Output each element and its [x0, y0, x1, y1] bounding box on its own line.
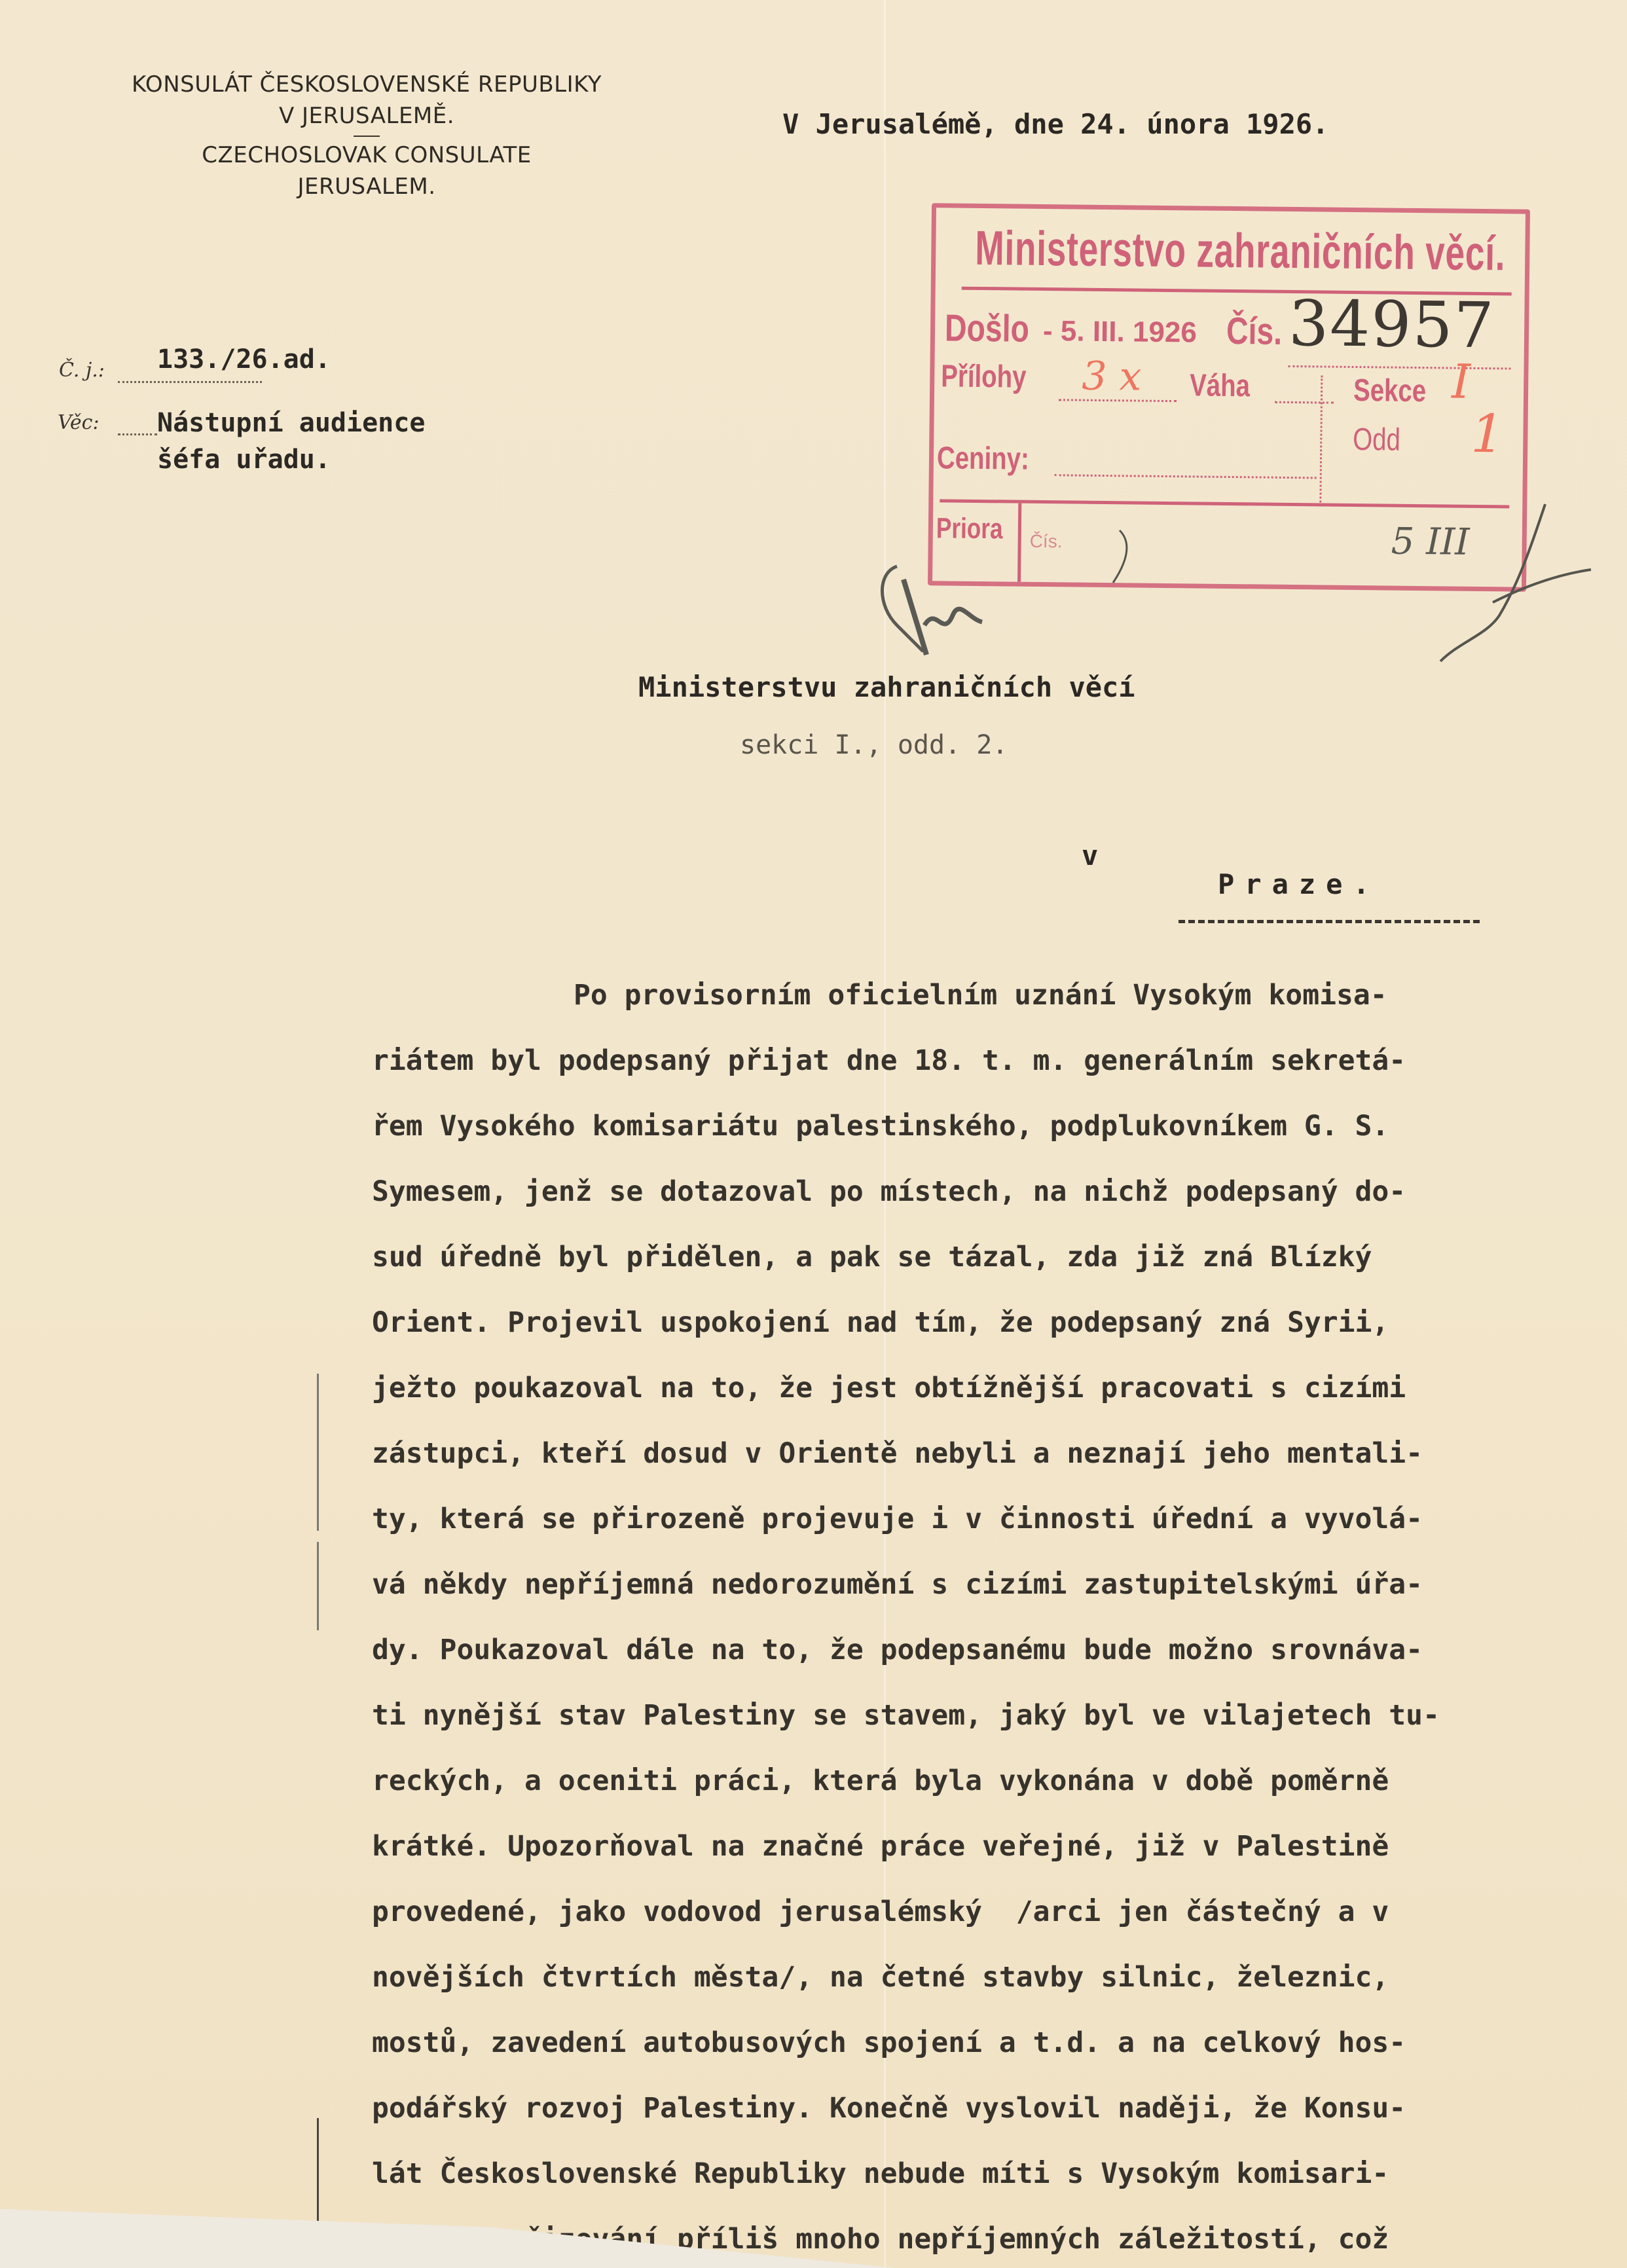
addressee-preposition: v	[1082, 839, 1098, 871]
body-line: lát Československé Republiky nebude míti…	[372, 2141, 1577, 2206]
addressee-department: sekci I., odd. 2.	[740, 730, 1008, 760]
body-line: riátem byl podepsaný přijat dne 18. t. m…	[372, 1028, 1577, 1093]
body-line: sud úředně byl přidělen, a pak se tázal,…	[372, 1224, 1577, 1290]
letterhead-czech-city: V JERUSALEMĚ.	[79, 100, 655, 132]
subject-line-1: Nástupní audience	[157, 405, 425, 441]
body-line: ty, která se přirozeně projevuje i v čin…	[372, 1486, 1577, 1552]
body-line: Orient. Projevil uspokojení nad tím, že …	[372, 1290, 1577, 1355]
stamp-divider	[1319, 375, 1323, 506]
stamp-department-label: Odd	[1353, 422, 1400, 458]
stamp-attachments-label: Přílohy	[941, 358, 1027, 395]
reference-label: Č. j.:	[59, 359, 105, 382]
letterhead-czech-name: KONSULÁT ČESKOSLOVENSKÉ REPUBLIKY	[79, 69, 655, 100]
stamp-priority-label: Priora	[936, 512, 1003, 545]
body-line: provedené, jako vodovod jerusalémský /ar…	[372, 1879, 1577, 1945]
letter-date: V Jerusalémě, dne 24. února 1926.	[782, 108, 1328, 140]
stamp-priority-number-label: Čís.	[1030, 531, 1063, 553]
letter-page: KONSULÁT ČESKOSLOVENSKÉ REPUBLIKY V JERU…	[0, 0, 1627, 2268]
stamp-received-label: Došlo	[945, 306, 1030, 350]
body-line: ti nynější stav Palestiny se stavem, jak…	[372, 1683, 1577, 1748]
letterhead-separator	[354, 136, 380, 137]
handwritten-initials-icon	[877, 560, 1034, 665]
stamp-number-line	[1288, 365, 1510, 370]
body-line: vá někdy nepříjemná nedorozumění s cizím…	[372, 1552, 1577, 1617]
letterhead-english-city: JERUSALEM.	[79, 171, 655, 202]
body-line: mostů, zavedení autobusových spojení a t…	[372, 2010, 1577, 2076]
addressee-ministry: Ministerstvu zahraničních věcí	[638, 671, 1135, 703]
stamp-valuables-label: Ceniny:	[937, 440, 1029, 477]
body-line: ježto poukazoval na to, že jest obtížněj…	[372, 1355, 1577, 1421]
stamp-attachments-value: 3 x	[1082, 354, 1142, 400]
stamp-valuables-line	[1055, 474, 1317, 479]
subject-text: Nástupní audience šéfa uřadu.	[157, 405, 425, 478]
body-line: reckých, a oceniti práci, která byla vyk…	[372, 1748, 1577, 1814]
stamp-registry-number: 34957	[1289, 287, 1496, 362]
addressee-city-underline	[1179, 920, 1480, 923]
stamp-section-label: Sekce	[1353, 373, 1427, 409]
body-line: krátké. Upozorňoval na značné práce veře…	[372, 1814, 1577, 1879]
margin-pencil-mark	[317, 1374, 319, 1531]
addressee-city: Praze.	[1218, 868, 1380, 900]
body-line: podářský rozvoj Palestiny. Konečně vyslo…	[372, 2076, 1577, 2141]
body-line: Symesem, jenž se dotazoval po místech, n…	[372, 1159, 1577, 1224]
stamp-weight-label: Váha	[1190, 367, 1250, 404]
stamp-department-value: 1	[1471, 403, 1505, 465]
body-line: řem Vysokého komisariátu palestinského, …	[372, 1093, 1577, 1159]
reference-number: 133./26.ad.	[157, 344, 331, 375]
handwritten-flourish-icon	[1074, 504, 1598, 661]
stamp-received-date: - 5. III. 1926	[1043, 315, 1197, 349]
margin-pencil-mark	[317, 2118, 319, 2268]
body-line: átem k vyřizování příliš mnoho nepříjemn…	[372, 2206, 1577, 2268]
subject-label: Věc:	[58, 411, 100, 434]
letter-body: Po provisorním oficielním uznání Vysokým…	[372, 962, 1577, 2268]
reference-dotted-line	[118, 381, 262, 383]
stamp-weight-line	[1275, 401, 1334, 404]
stamp-section-value: I	[1452, 354, 1471, 409]
stamp-number-label: Čís.	[1226, 309, 1283, 354]
subject-dotted-line	[118, 433, 157, 435]
body-line: novějších čtvrtích města/, na četné stav…	[372, 1945, 1577, 2010]
subject-line-2: šéfa uřadu.	[157, 441, 425, 478]
body-line: zástupci, kteří dosud v Orientě nebyli a…	[372, 1421, 1577, 1486]
body-line: Po provisorním oficielním uznání Vysokým…	[372, 962, 1577, 1028]
letterhead-english-name: CZECHOSLOVAK CONSULATE	[79, 139, 655, 171]
stamp-title: Ministerstvo zahraničních věcí.	[975, 220, 1506, 281]
body-line: dy. Poukazoval dále na to, že podepsaném…	[372, 1617, 1577, 1683]
margin-pencil-mark	[317, 1542, 319, 1630]
letterhead: KONSULÁT ČESKOSLOVENSKÉ REPUBLIKY V JERU…	[79, 69, 655, 202]
